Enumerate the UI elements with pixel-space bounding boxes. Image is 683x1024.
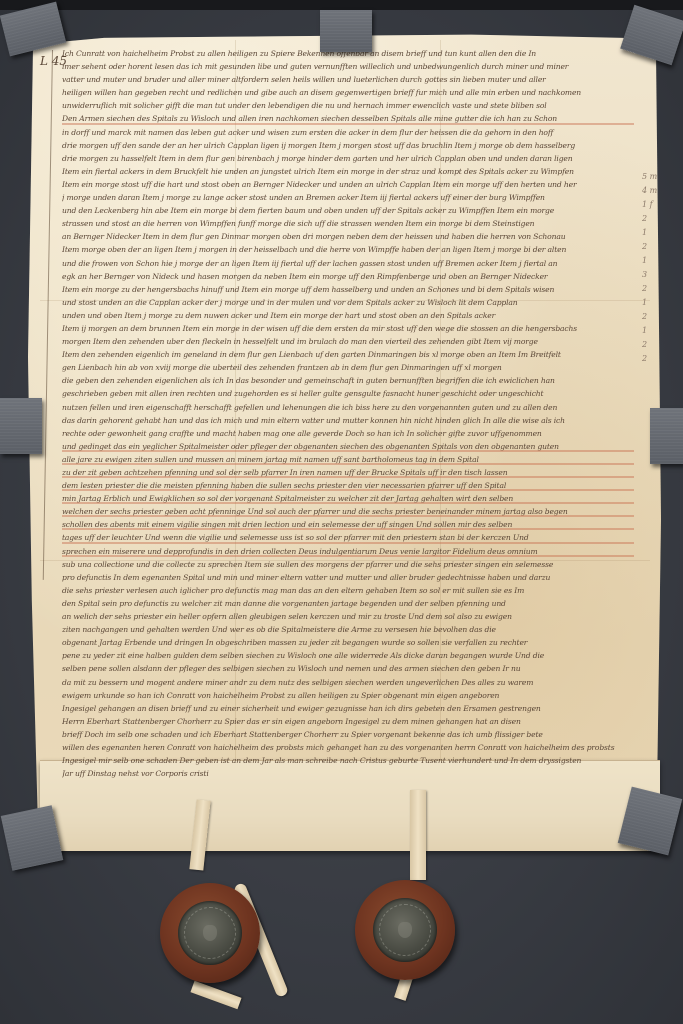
margin-numerals: 5 m4 m1 f21213212122 — [642, 170, 662, 366]
charter-line: unden und oben Item j morge zu dem nuwen… — [62, 309, 634, 322]
charter-line: an Bernger Nidecker Item in dem flur gen… — [62, 230, 634, 243]
side-mount-left — [0, 398, 42, 454]
charter-line: pene zu yeder zit eine halben gulden dem… — [62, 649, 634, 662]
charter-line: ziten nachgangen und gehalten werden Und… — [62, 623, 634, 636]
charter-line: willen des egenanten heren Conratt von h… — [62, 741, 634, 754]
charter-line: Item ij morgen an dem brunnen Item ein m… — [62, 322, 634, 335]
margin-numeral: 2 — [642, 212, 662, 226]
margin-numeral: 2 — [642, 240, 662, 254]
charter-line: den Spital sein pro defunctis zu welcher… — [62, 597, 634, 610]
charter-line: strassen und stost an die herren von Wim… — [62, 217, 634, 230]
wax-seal-right — [355, 880, 455, 980]
charter-line: geschrieben geben mit allen iren rechten… — [62, 387, 634, 400]
charter-line: das darin gehorent gehabt han und das ic… — [62, 414, 634, 427]
charter-line: und die frowen von Schon hie j morge der… — [62, 257, 634, 270]
charter-line: in dorff und marck mit namen das leben g… — [62, 126, 634, 139]
charter-line: unwiderruflich mit solicher gifft die ma… — [62, 99, 634, 112]
charter-line: Item ein fiertal ackers in dem Bruckfelt… — [62, 165, 634, 178]
top-border — [0, 0, 683, 10]
charter-line: gen Lienbach hin ab von xviij morge die … — [62, 361, 634, 374]
charter-line: rechte oder gewonheit gang craffte und m… — [62, 427, 634, 440]
margin-numeral: 1 — [642, 226, 662, 240]
margin-numeral: 1 — [642, 324, 662, 338]
charter-line: die sehs priester verlesen auch iglicher… — [62, 584, 634, 597]
charter-line: die geben den zehenden eigenlichen als i… — [62, 374, 634, 387]
seal-impression — [178, 901, 242, 965]
charter-line: Item ein morge zu der hengersbachs hinuf… — [62, 283, 634, 296]
seal-emblem-icon — [398, 922, 412, 938]
charter-line: nutzen fellen und iren eigenschafft hers… — [62, 401, 634, 414]
margin-numeral: 1 — [642, 296, 662, 310]
wax-seal-left — [160, 883, 260, 983]
charter-line: da mit zu bessern und mogent andere mine… — [62, 676, 634, 689]
margin-numeral: 2 — [642, 352, 662, 366]
charter-line: drie morgen uff den sande der an her ulr… — [62, 139, 634, 152]
charter-line: sprechen ein miserere und depprofundis i… — [62, 545, 634, 558]
charter-line: egk an her Bernger von Nideck und hasen … — [62, 270, 634, 283]
charter-line: Ingesigel mir selb one schaden Der geben… — [62, 754, 634, 767]
corner-mount-top-center — [320, 10, 372, 52]
charter-line: Herrn Eberhart Stattenberger Chorherr zu… — [62, 715, 634, 728]
margin-numeral: 4 m — [642, 184, 662, 198]
margin-numeral: 2 — [642, 338, 662, 352]
charter-text: Ich Cunratt von haichelheim Probst zu al… — [62, 47, 634, 780]
margin-numeral: 2 — [642, 310, 662, 324]
charter-line: dem lesten priester die die meisten pfen… — [62, 479, 634, 492]
charter-line: min Jartag Erblich und Ewigklichen so so… — [62, 492, 634, 505]
corner-mount-bottom-left — [1, 805, 64, 871]
charter-line: zu der zit geben achtzehen pfenning und … — [62, 466, 634, 479]
charter-line: welchen der sechs priester geben acht pf… — [62, 505, 634, 518]
charter-line: und gedinget das ein yeglicher Spitalmei… — [62, 440, 634, 453]
charter-line: imer sehent oder horent lesen das ich mi… — [62, 60, 634, 73]
charter-line: Den Armen siechen des Spitals zu Wisloch… — [62, 112, 634, 125]
charter-line: und stost unden an die Capplan acker der… — [62, 296, 634, 309]
charter-line: und den Leckenberg hin abe Item ein morg… — [62, 204, 634, 217]
charter-line: Item den zehenden eigenlich im geneland … — [62, 348, 634, 361]
charter-line: selben pene sollen alsdann der pfleger d… — [62, 662, 634, 675]
charter-line: pro defunctis In dem egenanten Spital un… — [62, 571, 634, 584]
charter-line: tages uff der leuchter Und wenn die vigi… — [62, 531, 634, 544]
charter-line: drie morgen zu hasselfelt Item in dem fl… — [62, 152, 634, 165]
charter-line: Item morge oben der an ligen Item j morg… — [62, 243, 634, 256]
seal-emblem-icon — [203, 925, 217, 941]
charter-line: heiligen willen han gegeben recht und re… — [62, 86, 634, 99]
seal-strap — [410, 790, 426, 880]
seal-impression — [373, 898, 437, 962]
margin-numeral: 1 f — [642, 198, 662, 212]
side-mount-right — [650, 408, 683, 464]
charter-line: alle jare zu ewigen ziten sullen und mus… — [62, 453, 634, 466]
charter-line: Jar uff Dinstag nehst vor Corporis crist… — [62, 767, 634, 780]
charter-line: brieff Doch im selb one schaden und ich … — [62, 728, 634, 741]
charter-line: morgen Item den zehenden uber den flecke… — [62, 335, 634, 348]
charter-line: vatter und muter und bruder und aller mi… — [62, 73, 634, 86]
margin-numeral: 3 — [642, 268, 662, 282]
charter-line: schollen des abents mit einem vigilie si… — [62, 518, 634, 531]
margin-numeral: 2 — [642, 282, 662, 296]
charter-line: Item ein morge stost uff die hart und st… — [62, 178, 634, 191]
charter-line: Ingesigel gehangen an disen brieff und z… — [62, 702, 634, 715]
charter-line: j morge unden daran Item j morge zu lang… — [62, 191, 634, 204]
charter-line: obgenant Jartag Erbende und dringen In o… — [62, 636, 634, 649]
charter-line: sub una collectione und die collecte zu … — [62, 558, 634, 571]
charter-line: an welich der sehs priester ein heller o… — [62, 610, 634, 623]
margin-numeral: 5 m — [642, 170, 662, 184]
charter-line: ewigem urkunde so han ich Conratt von ha… — [62, 689, 634, 702]
margin-numeral: 1 — [642, 254, 662, 268]
